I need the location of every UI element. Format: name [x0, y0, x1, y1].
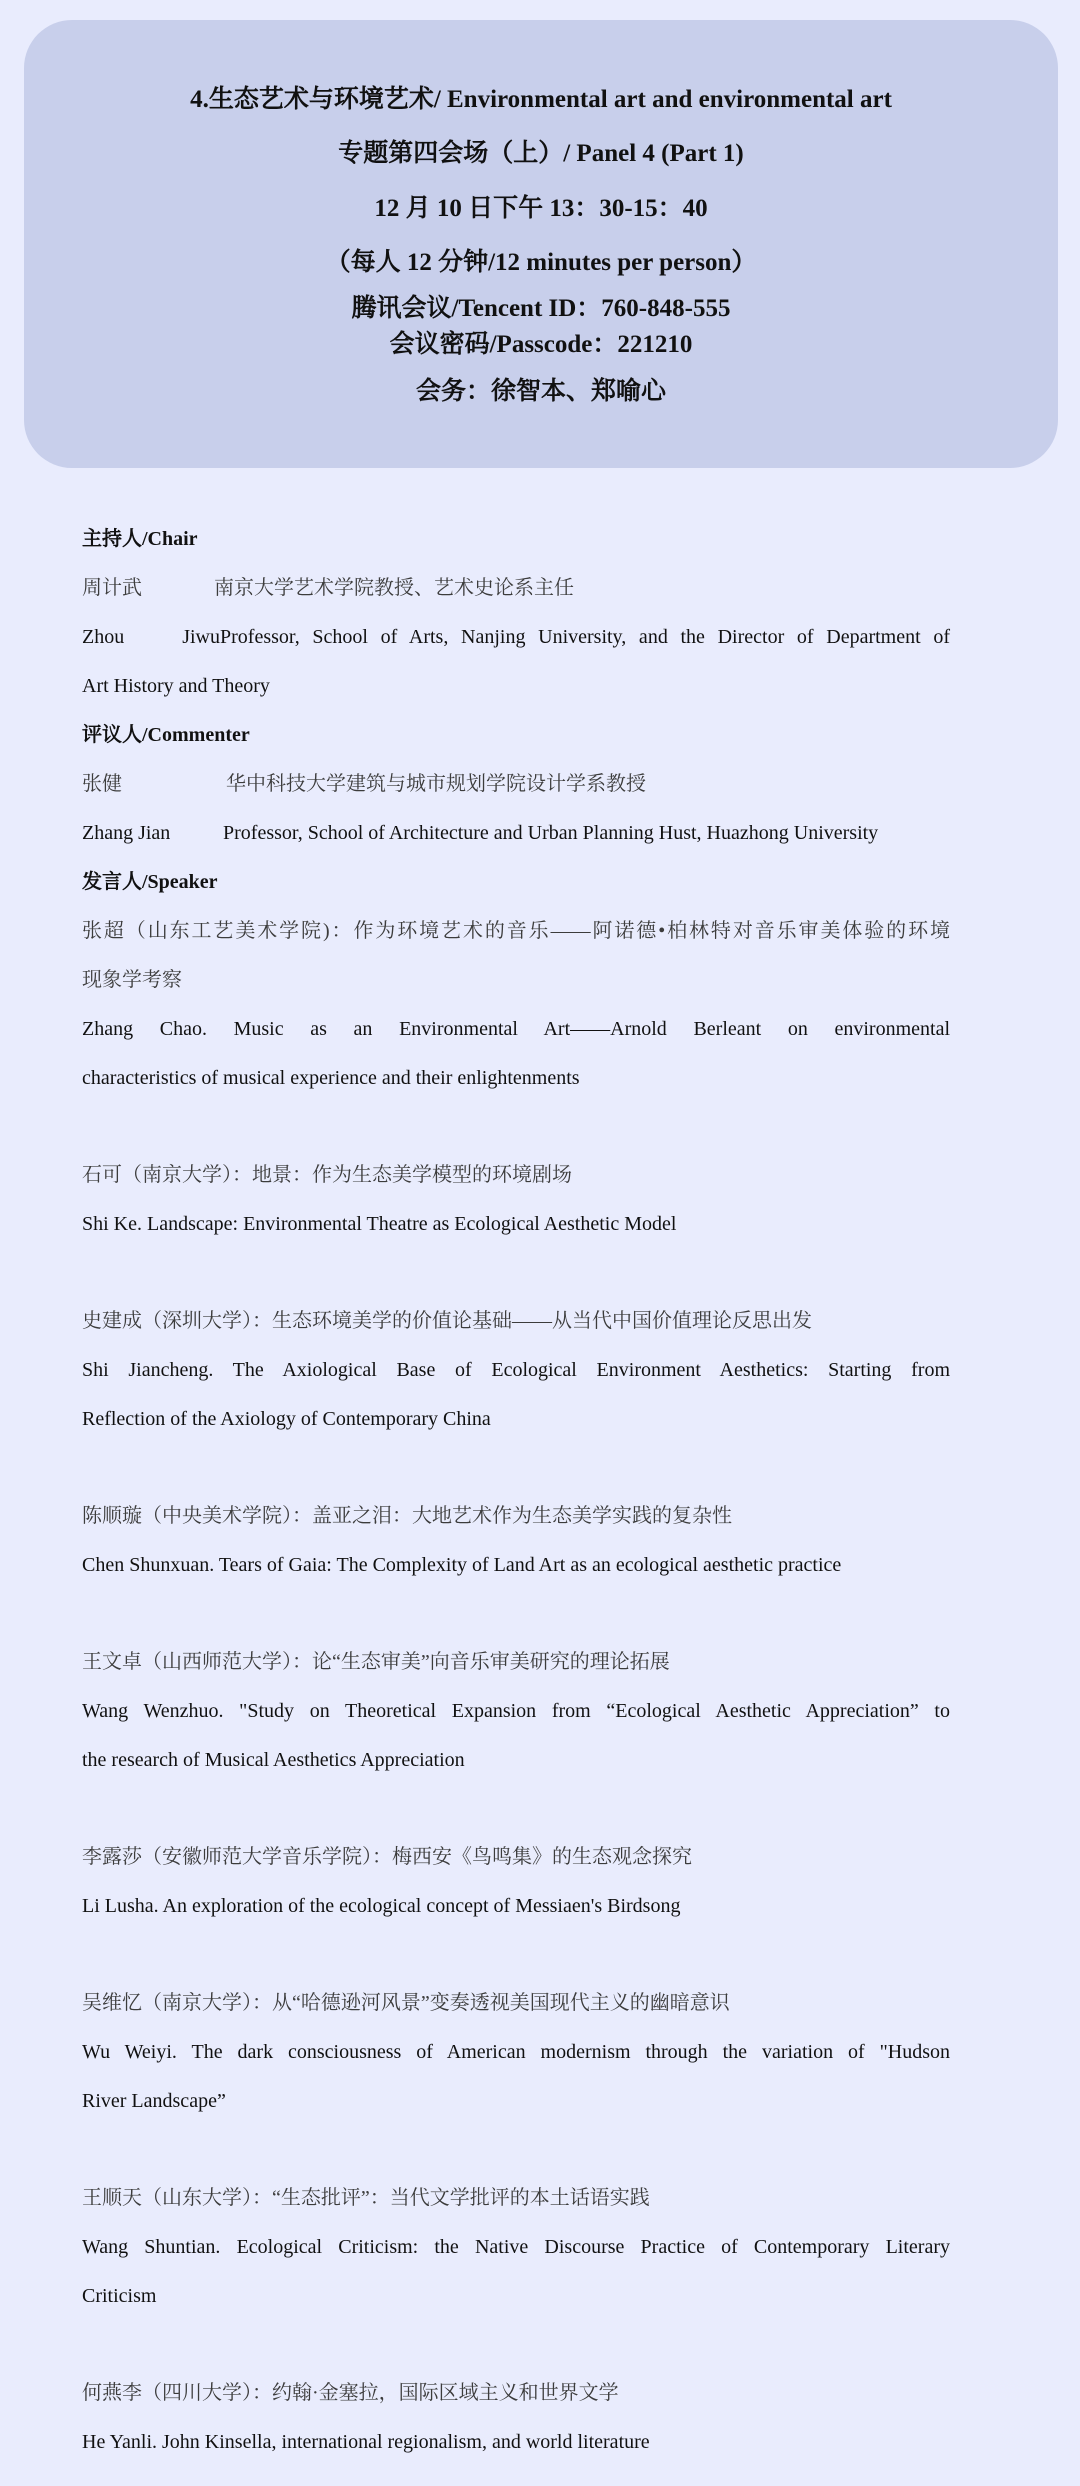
- speaker-3-cn-line-1: 史建成（深圳大学）：生态环境美学的价值论基础——从当代中国价值理论反思出发: [82, 1297, 950, 1346]
- spacer: [82, 1590, 950, 1638]
- chair-title-en-line2: Art History and Theory: [82, 662, 950, 711]
- chair-name-cn: 周计武: [82, 564, 214, 613]
- chair-heading: 主持人/Chair: [82, 515, 950, 564]
- spacer: [82, 2126, 950, 2174]
- speaker-6-cn-line-1: 李露莎（安徽师范大学音乐学院）：梅西安《鸟鸣集》的生态观念探究: [82, 1833, 950, 1882]
- speaker-2-cn-line-1: 石可（南京大学）：地景：作为生态美学模型的环境剧场: [82, 1151, 950, 1200]
- commenter-name-cn: 张健: [82, 760, 226, 809]
- commenter-name-en: Zhang Jian: [82, 809, 223, 858]
- meeting-passcode: 会议密码/Passcode：221210: [24, 328, 1058, 362]
- chair-name-en: Zhou Jiwu: [82, 613, 220, 662]
- spacer: [82, 1444, 950, 1492]
- speaker-3-en-line-1: Shi Jiancheng. The Axiological Base of E…: [82, 1346, 950, 1395]
- commenter-en-row: Zhang JianProfessor, School of Architect…: [82, 809, 950, 858]
- chair-title-cn: 南京大学艺术学院教授、艺术史论系主任: [214, 577, 574, 599]
- spacer: [82, 1931, 950, 1979]
- chair-title-en-line1: Professor, School of Arts, Nanjing Unive…: [220, 626, 950, 648]
- time-per-speaker: （每人 12 分钟/12 minutes per person）: [24, 246, 1058, 280]
- session-datetime: 12 月 10 日下午 13：30-15：40: [24, 192, 1058, 226]
- speaker-1-en-line-1: Zhang Chao. Music as an Environmental Ar…: [82, 1005, 950, 1054]
- speaker-7-cn-line-1: 吴维忆（南京大学）：从“哈德逊河风景”变奏透视美国现代主义的幽暗意识: [82, 1979, 950, 2028]
- commenter-title-en: Professor, School of Architecture and Ur…: [223, 822, 878, 844]
- speaker-5-en-line-1: Wang Wenzhuo. "Study on Theoretical Expa…: [82, 1687, 950, 1736]
- speaker-7-en-line-2: River Landscape”: [82, 2077, 950, 2126]
- speaker-9-en-line-1: He Yanli. John Kinsella, international r…: [82, 2418, 950, 2467]
- spacer: [82, 1785, 950, 1833]
- speaker-9-cn-line-1: 何燕李（四川大学）：约翰·金塞拉，国际区域主义和世界文学: [82, 2369, 950, 2418]
- panel-label: 专题第四会场（上）/ Panel 4 (Part 1): [24, 137, 1058, 171]
- speaker-8-en-line-1: Wang Shuntian. Ecological Criticism: the…: [82, 2223, 950, 2272]
- speaker-4-en-line-1: Chen Shunxuan. Tears of Gaia: The Comple…: [82, 1541, 950, 1590]
- commenter-cn-row: 张健华中科技大学建筑与城市规划学院设计学系教授: [82, 760, 950, 809]
- speaker-1-cn-line-1: 张超（山东工艺美术学院)：作为环境艺术的音乐——阿诺德•柏林特对音乐审美体验的环…: [82, 907, 950, 956]
- chair-en-row: Zhou JiwuProfessor, School of Arts, Nanj…: [82, 613, 950, 662]
- speaker-5-en-line-2: the research of Musical Aesthetics Appre…: [82, 1736, 950, 1785]
- session-header-card: 4.生态艺术与环境艺术/ Environmental art and envir…: [24, 20, 1058, 468]
- spacer: [82, 2321, 950, 2369]
- speaker-7-en-line-1: Wu Weiyi. The dark consciousness of Amer…: [82, 2028, 950, 2077]
- meeting-staff: 会务：徐智本、郑喻心: [24, 375, 1058, 409]
- speaker-heading: 发言人/Speaker: [82, 858, 950, 907]
- speaker-2-en-line-1: Shi Ke. Landscape: Environmental Theatre…: [82, 1200, 950, 1249]
- speaker-1-cn-line-2: 现象学考察: [82, 956, 950, 1005]
- commenter-heading: 评议人/Commenter: [82, 711, 950, 760]
- session-title: 4.生态艺术与环境艺术/ Environmental art and envir…: [24, 83, 1058, 117]
- tencent-meeting-id: 腾讯会议/Tencent ID：760-848-555: [24, 292, 1058, 326]
- spacer: [82, 1103, 950, 1151]
- chair-cn-row: 周计武南京大学艺术学院教授、艺术史论系主任: [82, 564, 950, 613]
- speaker-4-cn-line-1: 陈顺璇（中央美术学院）：盖亚之泪：大地艺术作为生态美学实践的复杂性: [82, 1492, 950, 1541]
- spacer: [82, 1249, 950, 1297]
- program-content: 主持人/Chair 周计武南京大学艺术学院教授、艺术史论系主任 Zhou Jiw…: [82, 515, 950, 2467]
- speaker-1-en-line-2: characteristics of musical experience an…: [82, 1054, 950, 1103]
- speaker-6-en-line-1: Li Lusha. An exploration of the ecologic…: [82, 1882, 950, 1931]
- commenter-title-cn: 华中科技大学建筑与城市规划学院设计学系教授: [226, 773, 646, 795]
- speaker-5-cn-line-1: 王文卓（山西师范大学）：论“生态审美”向音乐审美研究的理论拓展: [82, 1638, 950, 1687]
- speaker-8-en-line-2: Criticism: [82, 2272, 950, 2321]
- speaker-8-cn-line-1: 王顺天（山东大学）：“生态批评”：当代文学批评的本土话语实践: [82, 2174, 950, 2223]
- speaker-3-en-line-2: Reflection of the Axiology of Contempora…: [82, 1395, 950, 1444]
